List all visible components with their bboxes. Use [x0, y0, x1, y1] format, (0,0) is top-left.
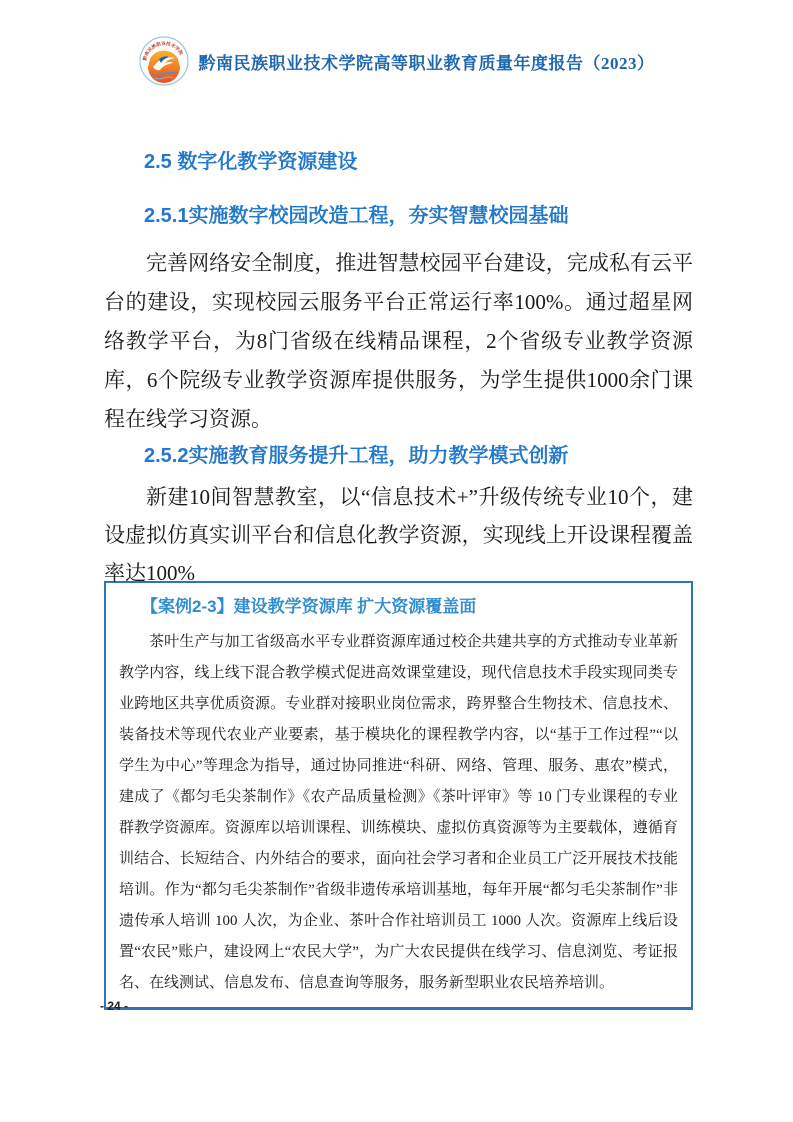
document-page: 黔南民族职业技术学院 黔南民族职业技术学院高等职业教育质量年度报告（2023） …: [0, 0, 793, 1122]
college-logo-icon: 黔南民族职业技术学院: [139, 36, 189, 86]
report-title: 黔南民族职业技术学院高等职业教育质量年度报告（2023）: [199, 49, 655, 74]
document-body: 2.5 数字化教学资源建设 2.5.1实施数字校园改造工程，夯实智慧校园基础 完…: [104, 130, 693, 1010]
section-heading-2-5-1: 2.5.1实施数字校园改造工程，夯实智慧校园基础: [144, 202, 693, 230]
paragraph-smart-campus: 完善网络安全制度，推进智慧校园平台建设，完成私有云平台的建设，实现校园云服务平台…: [104, 244, 693, 439]
section-heading-2-5-2: 2.5.2实施教育服务提升工程，助力教学模式创新: [144, 442, 693, 470]
page-number: - 24 -: [100, 999, 128, 1013]
case-study-body: 茶叶生产与加工省级高水平专业群资源库通过校企共建共享的方式推动专业革新教学内容，…: [119, 627, 678, 999]
paragraph-education-service: 新建10间智慧教室，以“信息技术+”升级传统专业10个，建设虚拟仿真实训平台和信…: [104, 478, 693, 592]
section-heading-2-5: 2.5 数字化教学资源建设: [144, 148, 693, 176]
case-study-title: 【案例2-3】建设教学资源库 扩大资源覆盖面: [141, 595, 678, 619]
case-study-box: 【案例2-3】建设教学资源库 扩大资源覆盖面 茶叶生产与加工省级高水平专业群资源…: [104, 581, 693, 1010]
page-header: 黔南民族职业技术学院 黔南民族职业技术学院高等职业教育质量年度报告（2023）: [0, 36, 793, 86]
